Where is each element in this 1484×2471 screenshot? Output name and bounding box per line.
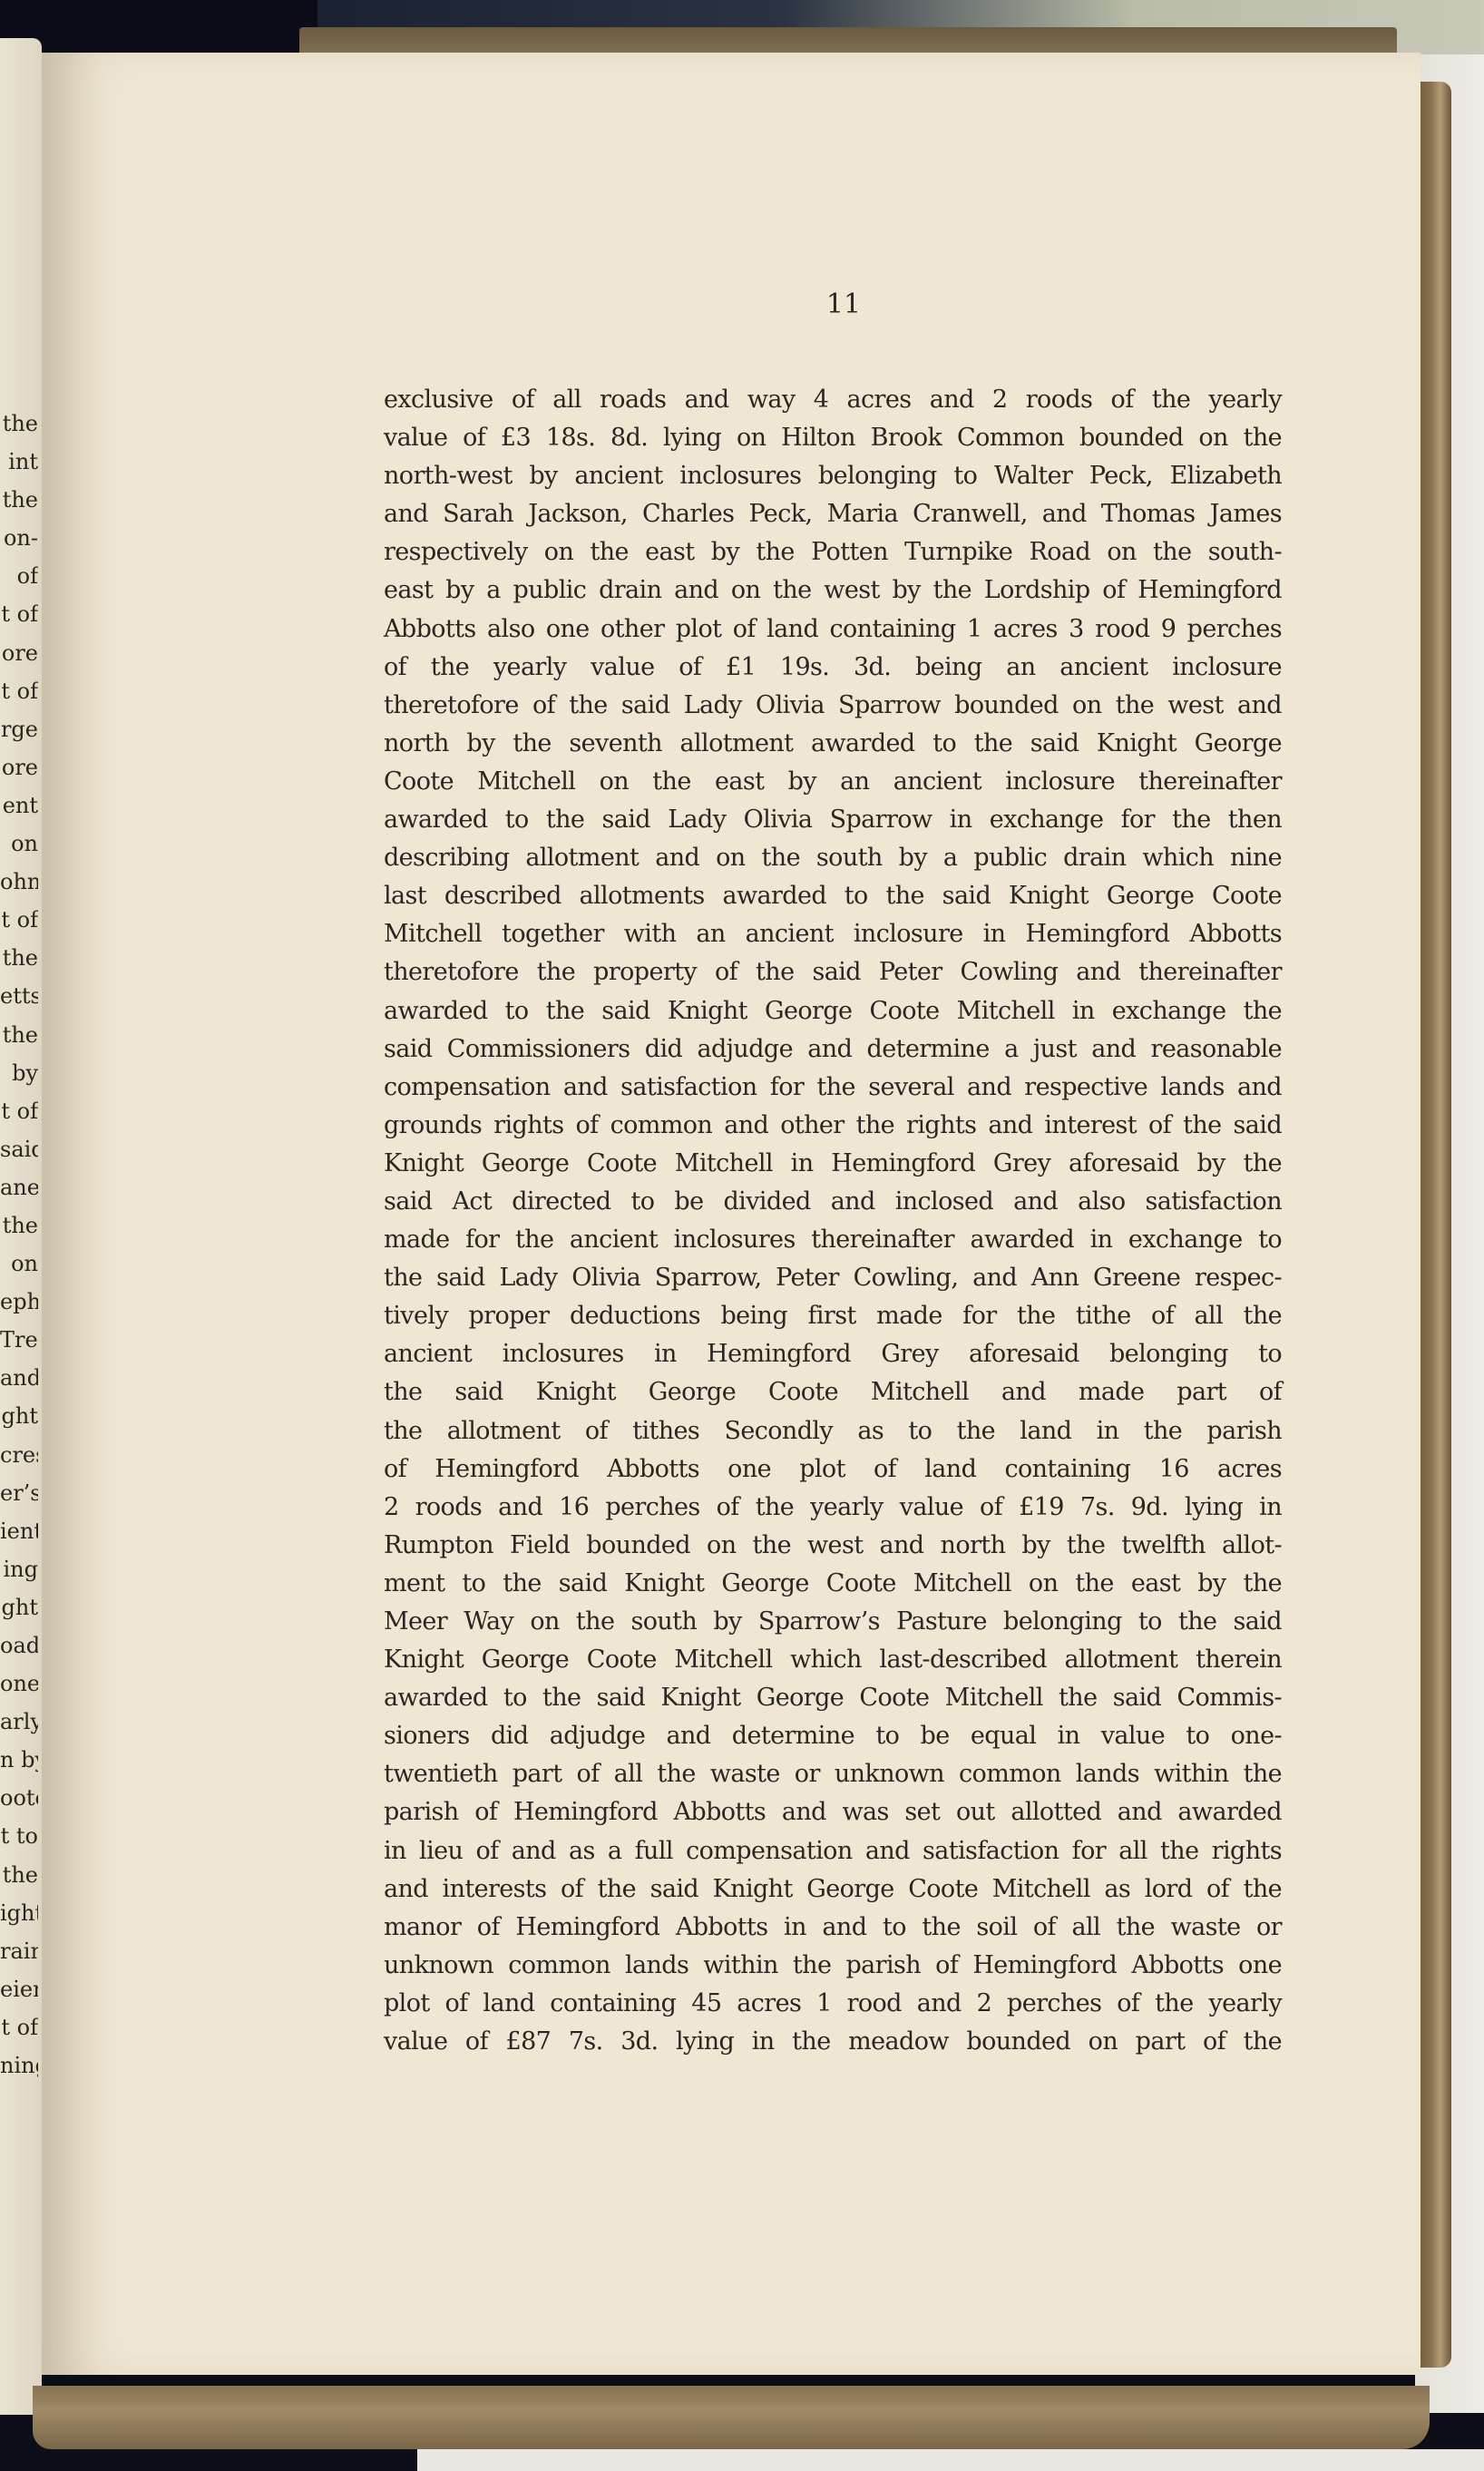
facing-page-fragment: ient (0, 1512, 38, 1550)
text-line: and Sarah Jackson, Charles Peck, Maria C… (384, 495, 1282, 533)
facing-page-fragment: by (0, 1054, 38, 1092)
facing-page-fragment: cres (0, 1436, 38, 1474)
text-line: manor of Hemingford Abbotts in and to th… (384, 1909, 1282, 1947)
facing-page: theinttheon-oft oforet ofrgeoreentonohnt… (0, 38, 42, 2415)
text-line: theretofore of the said Lady Olivia Spar… (384, 687, 1282, 725)
facing-page-fragment: on (0, 825, 38, 863)
text-line: and interests of the said Knight George … (384, 1870, 1282, 1909)
facing-page-fragment: ane (0, 1168, 38, 1206)
facing-page-fragment: of (0, 557, 38, 595)
facing-page-fragment: rain (0, 1932, 38, 1970)
text-line: grounds rights of common and other the r… (384, 1107, 1282, 1145)
facing-page-fragment: the (0, 405, 38, 443)
text-line: said Act directed to be divided and incl… (384, 1183, 1282, 1221)
facing-page-fragment: the (0, 1856, 38, 1894)
text-line: ancient inclosures in Hemingford Grey af… (384, 1335, 1282, 1373)
facing-page-fragment: t of (0, 595, 38, 633)
text-line: ment to the said Knight George Coote Mit… (384, 1565, 1282, 1603)
facing-page-fragment: one (0, 1665, 38, 1703)
document-body-text: exclusive of all roads and way 4 acres a… (384, 381, 1282, 2061)
text-line: 2 roods and 16 perches of the yearly val… (384, 1489, 1282, 1527)
facing-page-fragment: t to (0, 1817, 38, 1855)
text-line: the allotment of tithes Secondly as to t… (384, 1412, 1282, 1450)
facing-page-fragment: and (0, 1359, 38, 1397)
scan-background-paper-strip (417, 2449, 1484, 2471)
facing-page-fragment: ght (0, 1588, 38, 1626)
facing-page-fragment: ight (0, 1894, 38, 1932)
facing-page-fragment: Tree (0, 1321, 38, 1359)
text-line: of Hemingford Abbotts one plot of land c… (384, 1450, 1282, 1489)
text-line: the said Lady Olivia Sparrow, Peter Cowl… (384, 1259, 1282, 1297)
text-line: in lieu of and as a full compensation an… (384, 1832, 1282, 1870)
facing-page-fragment: n by (0, 1741, 38, 1779)
text-line: Mitchell together with an ancient inclos… (384, 915, 1282, 953)
page-bottom-worn-edge (33, 2386, 1430, 2449)
text-line: Abbotts also one other plot of land cont… (384, 610, 1282, 649)
text-line: Rumpton Field bounded on the west and no… (384, 1527, 1282, 1565)
text-line: of the yearly value of £1 19s. 3d. being… (384, 649, 1282, 687)
facing-page-fragment: arly (0, 1703, 38, 1741)
facing-page-fragment: ing (0, 1550, 38, 1588)
text-line: last described allotments awarded to the… (384, 877, 1282, 915)
text-line: awarded to the said Knight George Coote … (384, 1679, 1282, 1717)
facing-page-fragment: er’s (0, 1474, 38, 1512)
text-line: value of £87 7s. 3d. lying in the meadow… (384, 2023, 1282, 2061)
facing-page-fragment: ent (0, 786, 38, 825)
facing-page-fragment: on (0, 1245, 38, 1283)
text-line: twentieth part of all the waste or unkno… (384, 1755, 1282, 1793)
facing-page-fragment: the (0, 939, 38, 977)
text-line: sioners did adjudge and determine to be … (384, 1717, 1282, 1755)
text-line: made for the ancient inclosures thereina… (384, 1221, 1282, 1259)
text-line: describing allotment and on the south by… (384, 839, 1282, 877)
text-line: parish of Hemingford Abbotts and was set… (384, 1793, 1282, 1831)
facing-page-fragment: t of (0, 2008, 38, 2046)
facing-page-fragment: ning (0, 2046, 38, 2085)
facing-page-fragment: t of (0, 1092, 38, 1130)
text-line: north by the seventh allotment awarded t… (384, 725, 1282, 763)
text-line: respectively on the east by the Potten T… (384, 533, 1282, 571)
facing-page-fragment: eph (0, 1283, 38, 1321)
facing-page-fragment: oad (0, 1626, 38, 1665)
text-line: said Commissioners did adjudge and deter… (384, 1030, 1282, 1069)
text-line: plot of land containing 45 acres 1 rood … (384, 1985, 1282, 2023)
text-line: awarded to the said Knight George Coote … (384, 992, 1282, 1030)
facing-page-fragment: t of (0, 672, 38, 710)
text-line: value of £3 18s. 8d. lying on Hilton Bro… (384, 419, 1282, 457)
text-line: Coote Mitchell on the east by an ancient… (384, 763, 1282, 801)
text-line: Knight George Coote Mitchell in Hemingfo… (384, 1145, 1282, 1183)
facing-page-fragment: t of (0, 901, 38, 939)
facing-page-fragment: int (0, 443, 38, 481)
facing-page-fragment: etts (0, 977, 38, 1015)
facing-page-text-fragments: theinttheon-oft oforet ofrgeoreentonohnt… (0, 405, 38, 2085)
facing-page-fragment: the (0, 1206, 38, 1245)
text-line: exclusive of all roads and way 4 acres a… (384, 381, 1282, 419)
facing-page-fragment: on- (0, 519, 38, 557)
text-line: awarded to the said Lady Olivia Sparrow … (384, 801, 1282, 839)
facing-page-fragment: said (0, 1130, 38, 1168)
text-line: east by a public drain and on the west b… (384, 571, 1282, 610)
text-line: north-west by ancient inclosures belongi… (384, 457, 1282, 495)
facing-page-fragment: oote (0, 1779, 38, 1817)
facing-page-fragment: the (0, 1016, 38, 1054)
facing-page-fragment: ore (0, 634, 38, 672)
facing-page-fragment: ore (0, 748, 38, 786)
page-number: 11 (816, 288, 871, 320)
text-line: compensation and satisfaction for the se… (384, 1069, 1282, 1107)
facing-page-fragment: ohn (0, 863, 38, 901)
facing-page-fragment: ght (0, 1397, 38, 1435)
text-line: unknown common lands within the parish o… (384, 1947, 1282, 1985)
text-line: Knight George Coote Mitchell which last-… (384, 1641, 1282, 1679)
text-line: Meer Way on the south by Sparrow’s Pastu… (384, 1603, 1282, 1641)
text-line: the said Knight George Coote Mitchell an… (384, 1373, 1282, 1411)
text-line: theretofore the property of the said Pet… (384, 953, 1282, 991)
facing-page-fragment: the (0, 481, 38, 519)
facing-page-fragment: eient (0, 1970, 38, 2008)
text-line: tively proper deductions being first mad… (384, 1297, 1282, 1335)
facing-page-fragment: rge (0, 710, 38, 748)
page-right-worn-edge (1415, 82, 1451, 2368)
